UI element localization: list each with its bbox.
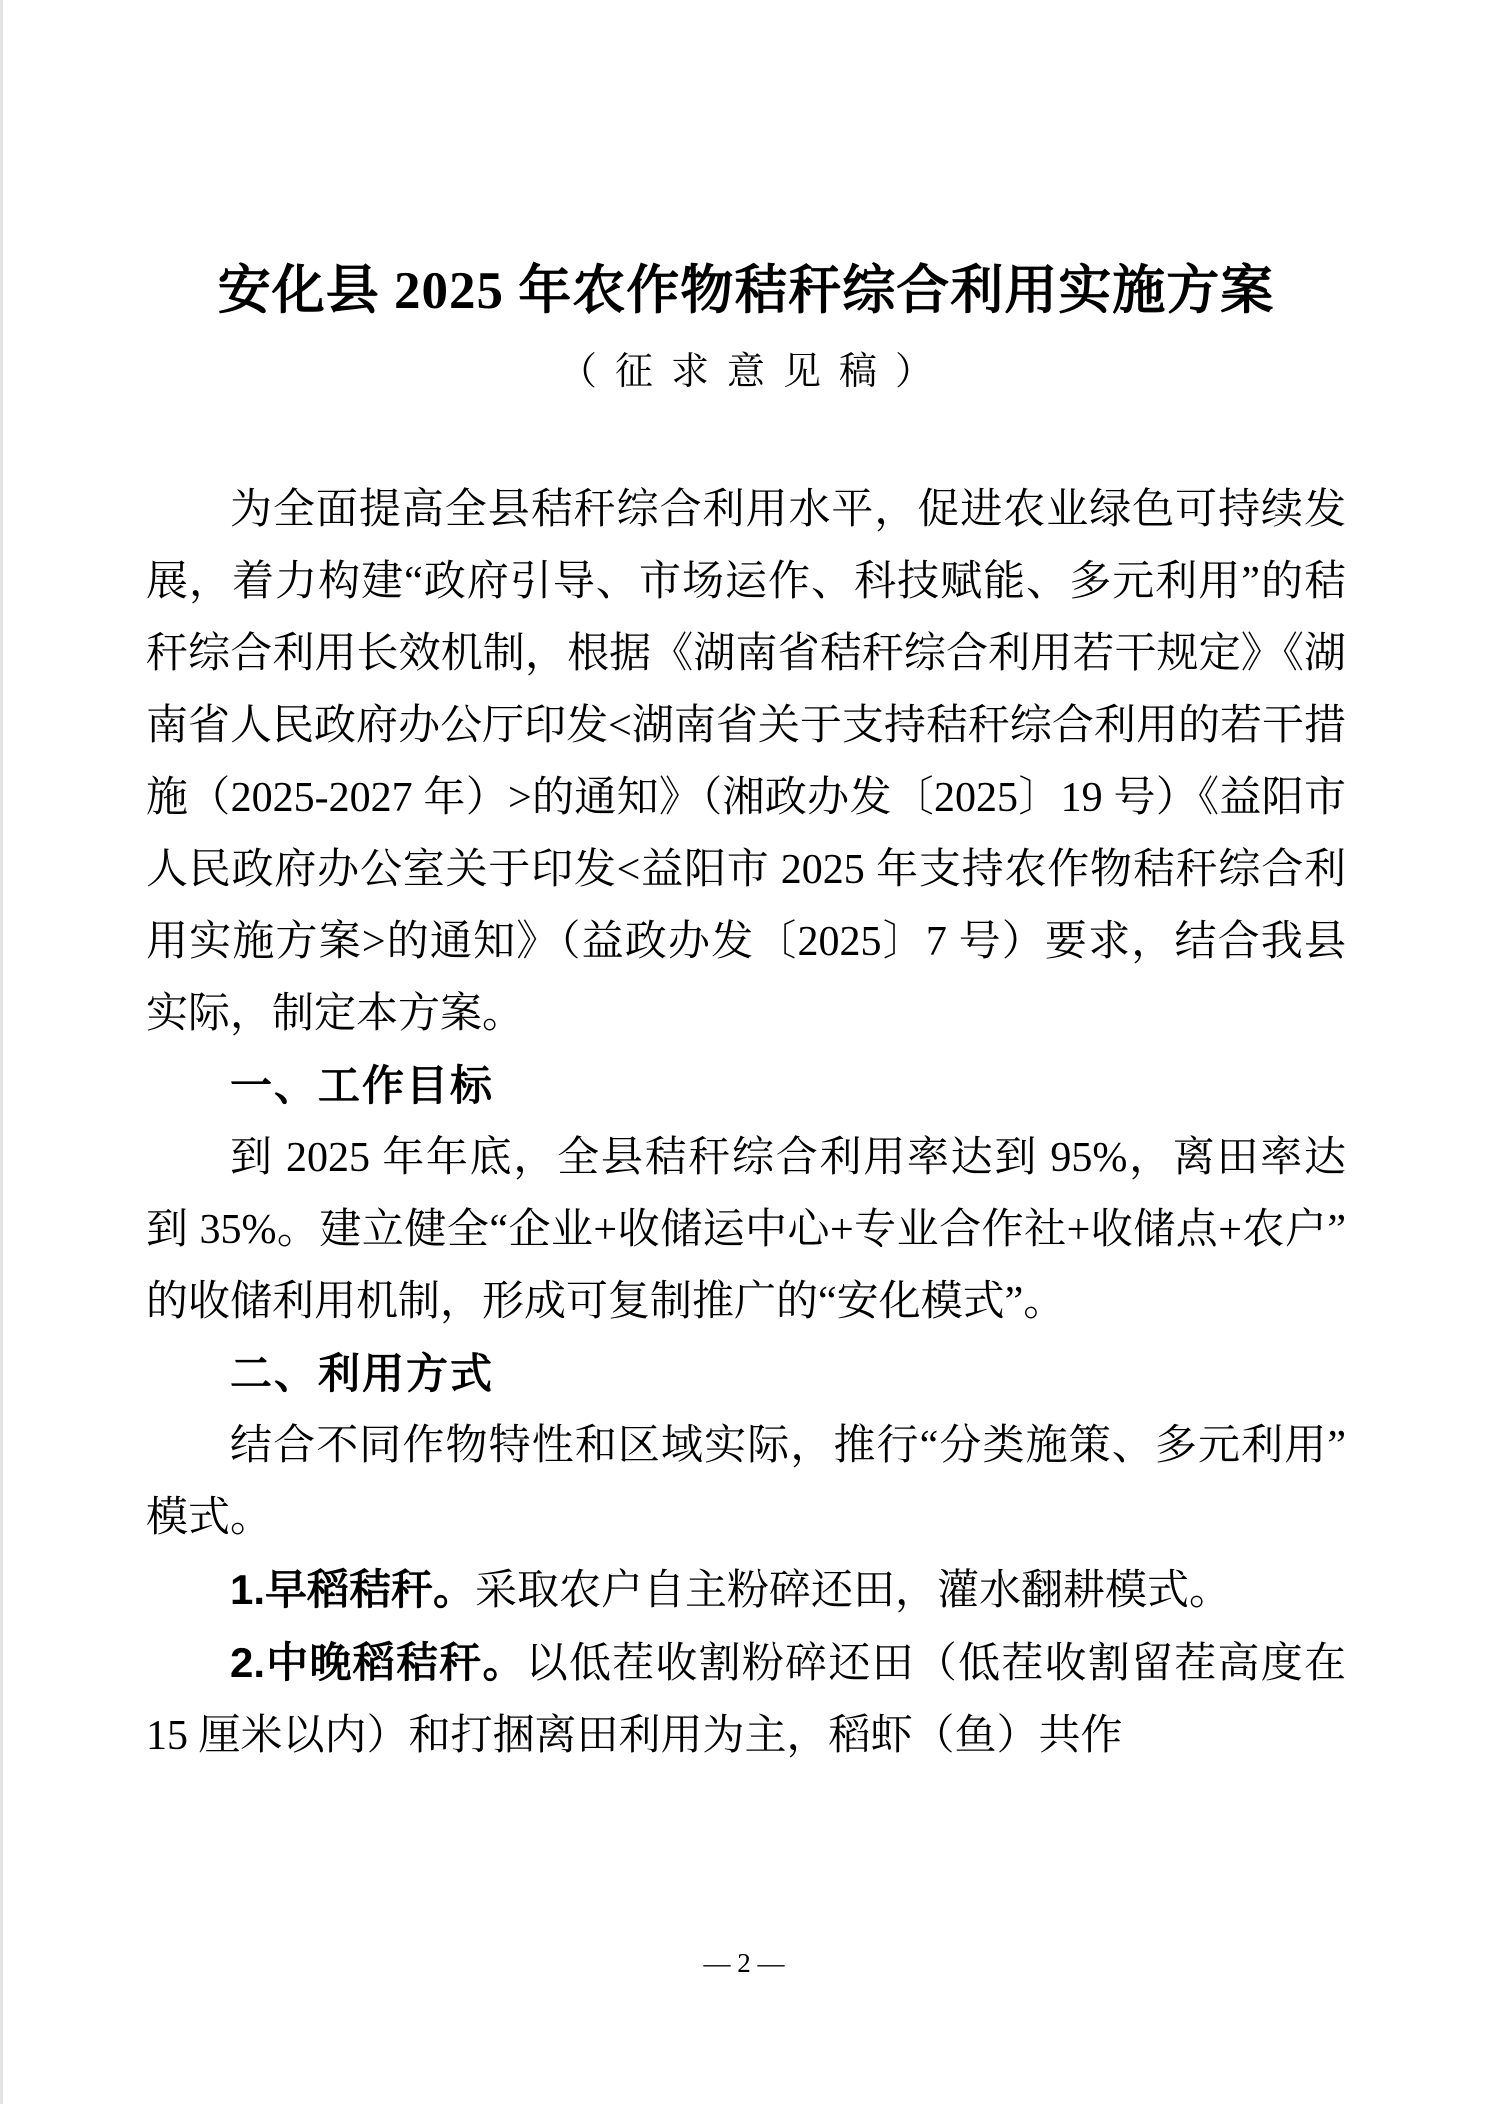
scan-edge-artifact (0, 0, 3, 2104)
list-item-mid-late-rice-label: 2.中晚稻秸秆。 (230, 1639, 526, 1686)
list-item-mid-late-rice-straw: 2.中晚稻秸秆。以低茬收割粉碎还田（低茬收割留茬高度在 15 厘米以内）和打捆离… (146, 1627, 1346, 1772)
list-item-early-rice-straw: 1.早稻秸秆。采取农户自主粉碎还田，灌水翻耕模式。 (146, 1554, 1346, 1627)
document-subtitle: （征求意见稿） (146, 350, 1346, 396)
list-item-early-rice-label: 1.早稻秸秆。 (230, 1566, 475, 1613)
section-heading-utilization-methods: 二、利用方式 (146, 1338, 1346, 1410)
paragraph-work-goals: 到 2025 年年底，全县秸秆综合利用率达到 95%，离田率达到 35%。建立健… (146, 1122, 1346, 1338)
page-number: — 2 — (0, 1950, 1488, 1977)
document-page: 安化县 2025 年农作物秸秆综合利用实施方案 （征求意见稿） 为全面提高全县秸… (146, 0, 1346, 1772)
document-title: 安化县 2025 年农作物秸秆综合利用实施方案 (146, 258, 1346, 324)
section-heading-work-goals: 一、工作目标 (146, 1050, 1346, 1122)
paragraph-methods-intro: 结合不同作物特性和区域实际，推行“分类施策、多元利用”模式。 (146, 1410, 1346, 1554)
paragraph-intro: 为全面提高全县秸秆综合利用水平，促进农业绿色可持续发展，着力构建“政府引导、市场… (146, 474, 1346, 1050)
document-body: 为全面提高全县秸秆综合利用水平，促进农业绿色可持续发展，着力构建“政府引导、市场… (146, 474, 1346, 1772)
list-item-early-rice-text: 采取农户自主粉碎还田，灌水翻耕模式。 (475, 1568, 1231, 1614)
